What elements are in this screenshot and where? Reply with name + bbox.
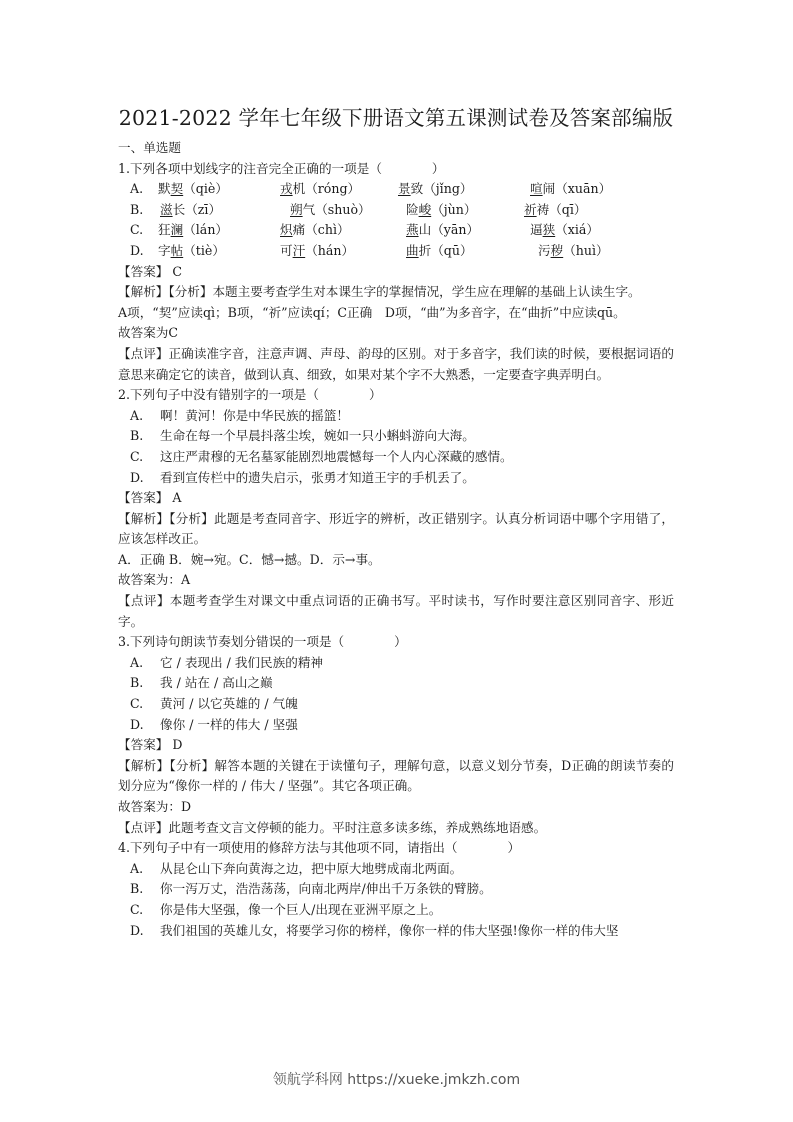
question-3: 3.下列诗句朗读节奏划分错误的一项是（） A.它 / 表现出 / 我们民族的精神… (118, 632, 674, 838)
question-1: 1.下列各项中划线字的注音完全正确的一项是（） A. 默契（qiè） 戎机（ró… (118, 159, 674, 386)
question-4: 4.下列句子中有一项使用的修辞方法与其他项不同，请指出（） A.从昆仑山下奔向黄… (118, 838, 674, 941)
question-2: 2.下列句子中没有错别字的一项是（） A.啊！黄河！你是中华民族的摇篮！ B.生… (118, 385, 674, 632)
pinyin-item: 默契（qiè） (158, 179, 228, 200)
option-a: A.从昆仑山下奔向黄海之边，把中原大地劈成南北两面。 (118, 859, 674, 880)
question-stem: 4.下列句子中有一项使用的修辞方法与其他项不同，请指出（） (118, 838, 674, 859)
pinyin-item: 祈祷（qī） (524, 200, 586, 221)
option-d: D.我们祖国的英雄儿女，将要学习你的榜样，像你一样的伟大坚强!像你一样的伟大坚 (118, 921, 674, 942)
pinyin-item: 曲折（qū） (406, 241, 473, 262)
option-c: C.你是伟大坚强，像一个巨人/出现在亚洲平原之上。 (118, 900, 674, 921)
option-a: A.啊！黄河！你是中华民族的摇篮！ (118, 406, 674, 427)
analysis: 【解析】【分析】解答本题的关键在于读懂句子，理解句意，以意义划分节奏，D正确的朗… (118, 756, 674, 797)
conclusion: 故答案为：D (118, 797, 674, 818)
pinyin-item: 朔气（shuò） (290, 200, 371, 221)
pinyin-item: 炽痛（chì） (280, 220, 350, 241)
pinyin-item: 险峻（jùn） (406, 200, 477, 221)
comment: 【点评】此题考查文言文停顿的能力。平时注意多读多练，养成熟练地语感。 (118, 818, 674, 839)
pinyin-item: 字帖（tiè） (158, 241, 225, 262)
option-row-a: A. 默契（qiè） 戎机（róng） 景致（jǐng） 喧闹（xuān） (118, 179, 674, 200)
document-page: 2021-2022 学年七年级下册语文第五课测试卷及答案部编版 一、单选题 1.… (118, 104, 674, 941)
pinyin-item: 狂澜（lán） (158, 220, 228, 241)
option-c: C.这庄严肃穆的无名墓冢能剧烈地震憾每一个人内心深藏的感情。 (118, 447, 674, 468)
pinyin-item: 滋长（zī） (160, 200, 221, 221)
option-row-b: B. 滋长（zī） 朔气（shuò） 险峻（jùn） 祈祷（qī） (118, 200, 674, 221)
pinyin-item: 燕山（yān） (406, 220, 479, 241)
pinyin-item: 戎机（róng） (280, 179, 360, 200)
pinyin-item: 逼狭（xiá） (530, 220, 599, 241)
pinyin-item: 喧闹（xuān） (530, 179, 611, 200)
answer: 【答案】 D (118, 735, 674, 756)
option-d: D.像你 / 一样的伟大 / 坚强 (118, 715, 674, 736)
conclusion: 故答案为C (118, 323, 674, 344)
option-row-c: C. 狂澜（lán） 炽痛（chì） 燕山（yān） 逼狭（xiá） (118, 220, 674, 241)
pinyin-item: 污秽（huì） (538, 241, 609, 262)
conclusion: 故答案为：A (118, 570, 674, 591)
analysis: 【解析】【分析】本题主要考查学生对本课生字的掌握情况，学生应在理解的基础上认读生… (118, 282, 674, 303)
question-stem: 2.下列句子中没有错别字的一项是（） (118, 385, 674, 406)
pinyin-item: 可汗（hán） (280, 241, 354, 262)
pinyin-item: 景致（jǐng） (398, 179, 472, 200)
answer: 【答案】 C (118, 262, 674, 283)
option-d: D.看到宣传栏中的遗失启示，张勇才知道王宇的手机丢了。 (118, 468, 674, 489)
option-b: B.我 / 站在 / 高山之巅 (118, 673, 674, 694)
option-a: A.它 / 表现出 / 我们民族的精神 (118, 653, 674, 674)
comment: 【点评】正确读准字音，注意声调、声母、韵母的区别。对于多音字，我们读的时候，要根… (118, 344, 674, 385)
question-stem: 3.下列诗句朗读节奏划分错误的一项是（） (118, 632, 674, 653)
section-heading: 一、单选题 (118, 138, 674, 159)
option-b: B.生命在每一个早晨抖落尘埃，婉如一只小蝌蚪游向大海。 (118, 426, 674, 447)
question-stem: 1.下列各项中划线字的注音完全正确的一项是（） (118, 159, 674, 180)
option-c: C.黄河 / 以它英雄的 / 气魄 (118, 694, 674, 715)
option-b: B.你一泻万丈，浩浩荡荡，向南北两岸/伸出千万条铁的臂膀。 (118, 879, 674, 900)
analysis: 【解析】【分析】此题是考查同音字、形近字的辨析，改正错别字。认真分析词语中哪个字… (118, 509, 674, 550)
watermark-footer: 领航学科网 https://xueke.jmkzh.com (0, 1069, 793, 1089)
option-row-d: D. 字帖（tiè） 可汗（hán） 曲折（qū） 污秽（huì） (118, 241, 674, 262)
answer: 【答案】 A (118, 488, 674, 509)
comment: 【点评】本题考查学生对课文中重点词语的正确书写。平时读书，写作时要注意区别同音字… (118, 591, 674, 632)
document-title: 2021-2022 学年七年级下册语文第五课测试卷及答案部编版 (118, 104, 674, 132)
analysis-detail: A项，“契”应读qì；B项，“祈”应读qí；C正确 D项，“曲”为多音字，在“曲… (118, 303, 674, 324)
analysis-detail: A．正确 B．婉→宛。C．憾→撼。D．示→事。 (118, 550, 674, 571)
